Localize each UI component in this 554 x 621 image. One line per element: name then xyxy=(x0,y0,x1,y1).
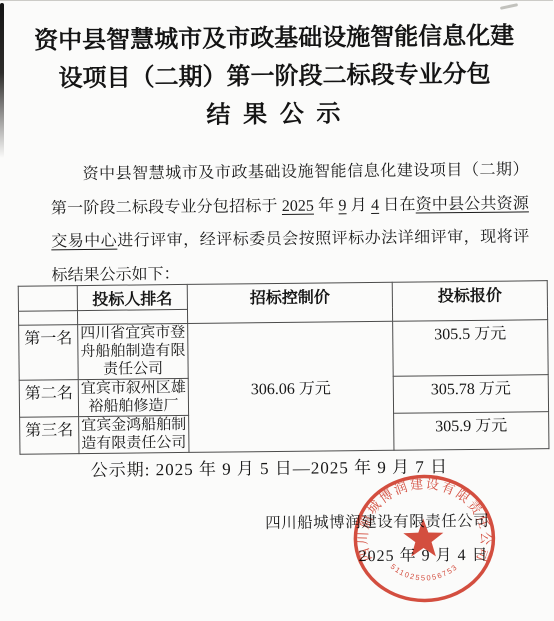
table-row: 第一名 四川省宜宾市登舟船舶制造有限责任公司 306.06 万元 305.5 万… xyxy=(19,320,549,381)
star-icon xyxy=(403,518,443,556)
text-segment: 日在 xyxy=(379,196,416,213)
control-price-cell: 306.06 万元 xyxy=(188,321,394,452)
title-line-2: 设项目（二期）第一阶段二标段专业分包 xyxy=(0,55,552,99)
text-segment: 月 xyxy=(346,197,371,214)
underlined-text: 资中县公共资源 xyxy=(416,195,529,213)
text-segment: 标结果公示如下： xyxy=(52,266,180,284)
header-bidder-ranking: 投标人排名 xyxy=(77,284,187,310)
header-control-price: 招标控制价 xyxy=(187,282,392,323)
title-line-3: 结 果 公 示 xyxy=(0,93,552,137)
document-title: 资中县智慧城市及市政基础设施智能信息化建 设项目（二期）第一阶段二标段专业分包 … xyxy=(0,17,552,137)
rank-cell-third: 第三名 xyxy=(20,417,79,455)
text-segment: 进行评审，经评标委员会按照评标办法详细评审，现将评 xyxy=(117,228,529,249)
text-segment: 资中县智慧城市及市政基础设施智能信息化建设项目（二期） xyxy=(82,161,528,183)
header-blank xyxy=(18,286,77,312)
title-line-1: 资中县智慧城市及市政基础设施智能信息化建 xyxy=(0,17,551,61)
bid-price-cell-third: 305.9 万元 xyxy=(394,412,549,451)
company-seal-stamp: 四川船城博润建设有限责任公司 5110255056753 xyxy=(349,468,500,610)
underlined-text: 2025 xyxy=(282,197,314,214)
text-segment: 年 xyxy=(314,197,339,214)
seal-serial-number: 5110255056753 xyxy=(389,561,460,583)
spacer-cell xyxy=(18,311,77,326)
paragraph-line: 资中县智慧城市及市政基础设施智能信息化建设项目（二期） xyxy=(50,153,528,192)
intro-paragraph: 资中县智慧城市及市政基础设施智能信息化建设项目（二期）第一阶段二标段专业分包招标… xyxy=(50,153,529,292)
underlined-text: 交易中心 xyxy=(51,233,117,251)
text-segment: 第一阶段二标段专业分包招标于 xyxy=(51,197,282,216)
bid-price-cell-first: 305.5 万元 xyxy=(393,320,549,377)
paragraph-line: 第一阶段二标段专业分包招标于 2025 年 9 月 4 日在资中县公共资源 xyxy=(51,187,529,226)
bid-price-cell-second: 305.78 万元 xyxy=(393,375,548,414)
header-bid-price: 投标报价 xyxy=(392,281,547,322)
bidder-cell-third: 宜宾金鸿船舶制造有限责任公司 xyxy=(79,415,189,453)
bidder-cell-second: 宜宾市叙州区雄裕船舶修造厂 xyxy=(78,378,188,416)
bidder-cell-first: 四川省宜宾市登舟船舶制造有限责任公司 xyxy=(78,323,189,379)
document-sheet: 资中县智慧城市及市政基础设施智能信息化建 设项目（二期）第一阶段二标段专业分包 … xyxy=(0,0,554,621)
table-header-row: 投标人排名 招标控制价 投标报价 xyxy=(18,281,547,312)
underlined-text: 9 xyxy=(338,197,346,214)
paragraph-line: 交易中心进行评审，经评标委员会按照评标办法详细评审，现将评 xyxy=(51,220,529,259)
spacer-cell xyxy=(77,309,187,324)
rank-cell-first: 第一名 xyxy=(19,325,79,381)
rank-cell-second: 第二名 xyxy=(19,380,78,418)
bid-result-table: 投标人排名 招标控制价 投标报价 第一名 四川省宜宾市登舟船舶制造有限责任公司 … xyxy=(18,280,550,455)
